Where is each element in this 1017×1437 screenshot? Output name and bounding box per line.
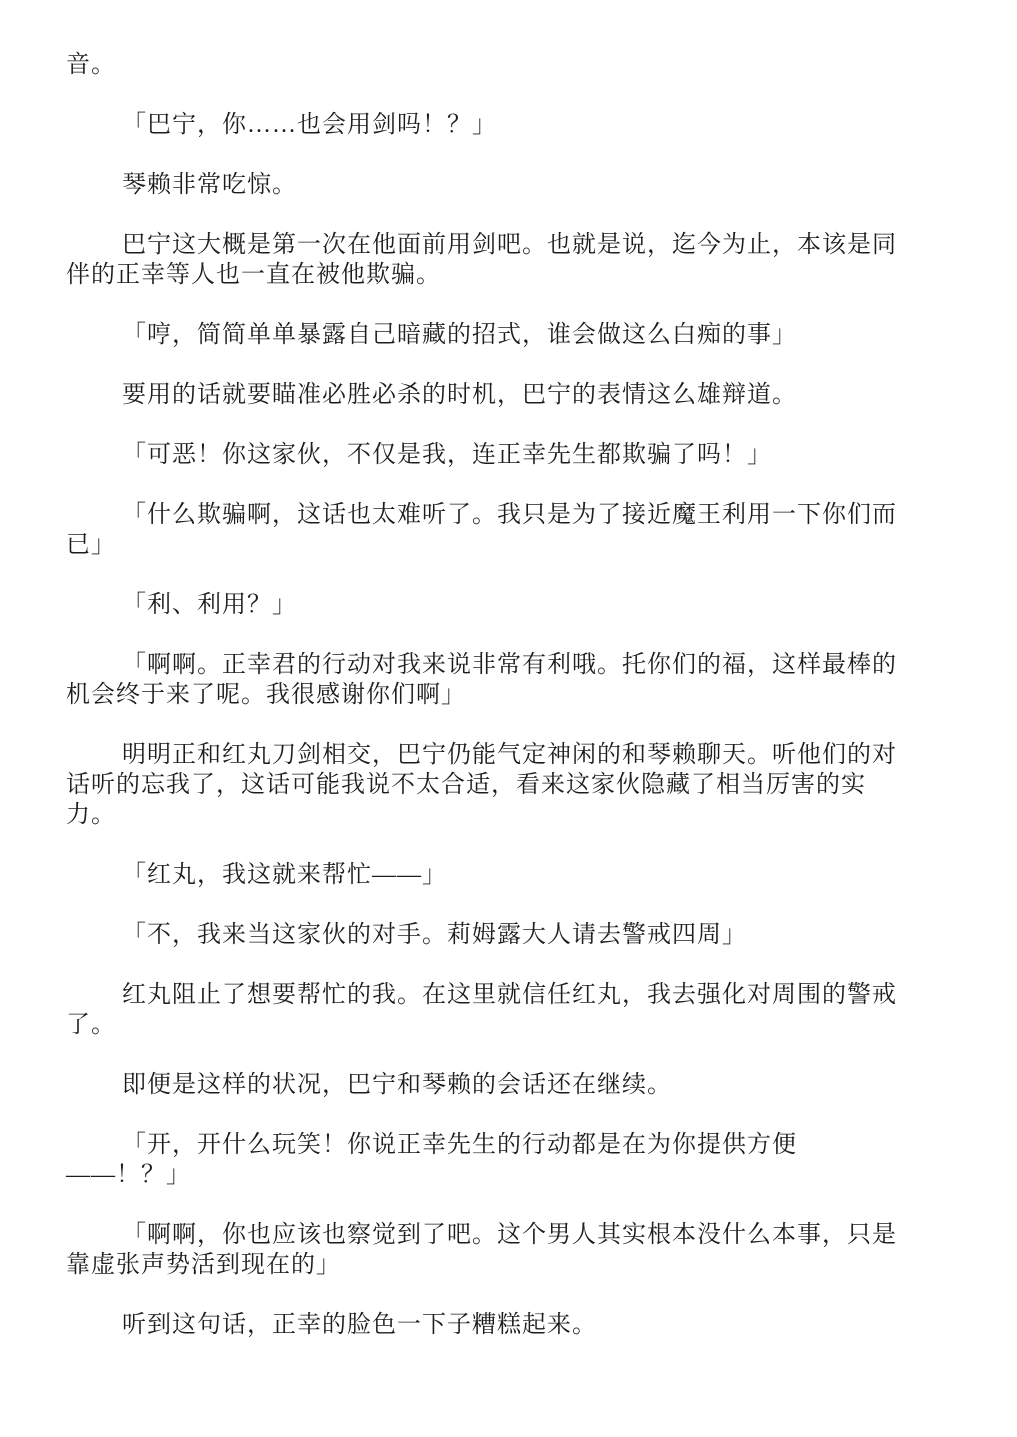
paragraph: 「利、利用？」: [66, 590, 951, 620]
paragraph: 「什么欺骗啊，这话也太难听了。我只是为了接近魔王利用一下你们而 已」: [66, 500, 951, 560]
paragraph: 红丸阻止了想要帮忙的我。在这里就信任红丸，我去强化对周围的警戒 了。: [66, 980, 951, 1040]
paragraph: 「不，我来当这家伙的对手。莉姆露大人请去警戒四周」: [66, 920, 951, 950]
paragraph: 要用的话就要瞄准必胜必杀的时机，巴宁的表情这么雄辩道。: [66, 380, 951, 410]
paragraph: 明明正和红丸刀剑相交，巴宁仍能气定神闲的和琴赖聊天。听他们的对 话听的忘我了，这…: [66, 740, 951, 830]
paragraph: 「啊啊。正幸君的行动对我来说非常有利哦。托你们的福，这样最棒的 机会终于来了呢。…: [66, 650, 951, 710]
paragraph: 「哼，简简单单暴露自己暗藏的招式，谁会做这么白痴的事」: [66, 320, 951, 350]
paragraph: 「红丸，我这就来帮忙——」: [66, 860, 951, 890]
paragraph: 「巴宁，你……也会用剑吗！？」: [66, 110, 951, 140]
document-page: 音。「巴宁，你……也会用剑吗！？」琴赖非常吃惊。巴宁这大概是第一次在他面前用剑吧…: [0, 0, 1017, 1437]
paragraph: 巴宁这大概是第一次在他面前用剑吧。也就是说，迄今为止，本该是同 伴的正幸等人也一…: [66, 230, 951, 290]
paragraph: 音。: [66, 50, 951, 80]
paragraph: 「可恶！你这家伙，不仅是我，连正幸先生都欺骗了吗！」: [66, 440, 951, 470]
paragraph: 「啊啊，你也应该也察觉到了吧。这个男人其实根本没什么本事，只是 靠虚张声势活到现…: [66, 1220, 951, 1280]
paragraph: 「开，开什么玩笑！你说正幸先生的行动都是在为你提供方便 ——！？」: [66, 1130, 951, 1190]
paragraph: 即便是这样的状况，巴宁和琴赖的会话还在继续。: [66, 1070, 951, 1100]
paragraph: 琴赖非常吃惊。: [66, 170, 951, 200]
paragraph: 听到这句话，正幸的脸色一下子糟糕起来。: [66, 1310, 951, 1340]
